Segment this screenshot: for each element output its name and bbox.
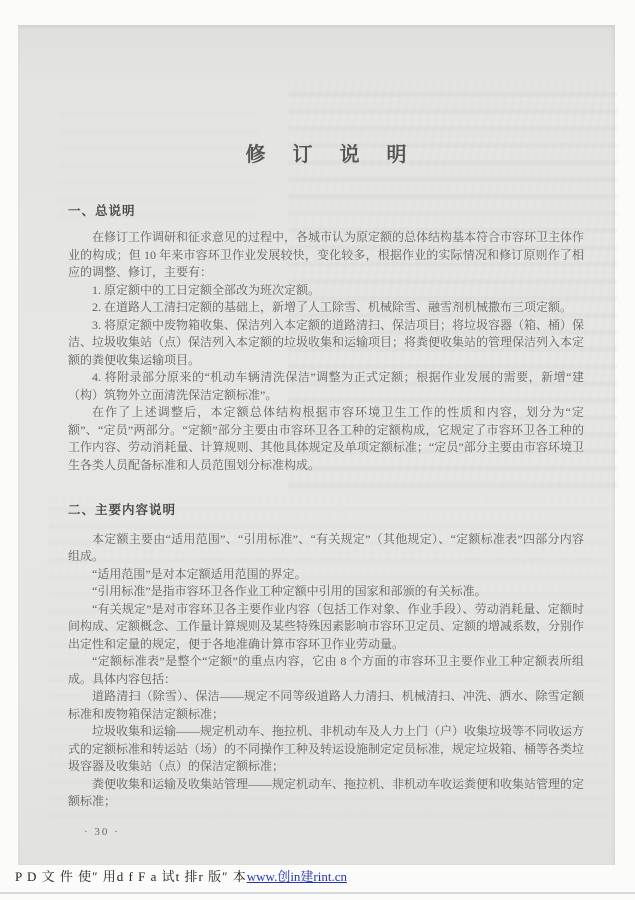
paragraph: 2. 在道路人工清扫定额的基础上，新增了人工除雪、机械除雪、融雪剂机械撒布三项定…	[68, 299, 584, 317]
paragraph: 4. 将附录部分原来的“机动车辆清洗保洁”调整为正式定额；根据作业发展的需要，新…	[68, 369, 584, 404]
paragraph: “引用标准”是指市容环卫各作业工种定额中引用的国家和部颁的有关标准。	[68, 583, 584, 601]
bottom-divider	[0, 892, 635, 894]
watermark-link[interactable]: www.创in建rint.cn	[247, 869, 347, 884]
pdf-watermark: P D 文 件 使″ 用d f F a 试t 排r 版″ 本www.创in建ri…	[15, 869, 633, 885]
paragraph: 粪便收集和运输及收集站管理——规定机动车、拖拉机、非机动车收运粪便和收集站管理的…	[68, 776, 584, 811]
paragraph: 本定额主要由“适用范围”、“引用标准”、“有关规定”（其他规定）、“定额标准表”…	[68, 531, 584, 566]
scanned-page: 修 订 说 明 一、总说明 在修订工作调研和征求意见的过程中，各城市认为原定额的…	[18, 25, 615, 865]
paragraph: 在作了上述调整后，本定额总体结构根据市容环境卫生工作的性质和内容，划分为“定额”…	[68, 404, 584, 474]
paragraph: “适用范围”是对本定额适用范围的界定。	[68, 566, 584, 584]
paragraph: “定额标准表”是整个“定额”的重点内容，它由 8 个方面的市容环卫主要作业工种定…	[68, 653, 584, 688]
paragraph: 道路清扫（除雪）、保洁——规定不同等级道路人力清扫、机械清扫、冲洗、洒水、除雪定…	[68, 688, 584, 723]
section-heading: 二、主要内容说明	[68, 502, 584, 520]
page-title: 修 订 说 明	[68, 147, 584, 165]
section-general-notes: 一、总说明 在修订工作调研和征求意见的过程中，各城市认为原定额的总体结构基本符合…	[68, 203, 584, 475]
paragraph: 垃圾收集和运输——规定机动车、拖拉机、非机动车及人力上门（户）收集垃圾等不同收运…	[68, 723, 584, 776]
paragraph: 在修订工作调研和征求意见的过程中，各城市认为原定额的总体结构基本符合市容环卫主体…	[68, 229, 584, 282]
paragraph: 1. 原定额中的工日定额全部改为班次定额。	[68, 282, 584, 300]
paragraph: 3. 将原定额中废物箱收集、保洁列入本定额的道路清扫、保洁项目；将垃圾容器（箱、…	[68, 317, 584, 370]
page-number: · 30 ·	[84, 826, 120, 838]
paragraph: “有关规定”是对市容环卫各主要作业内容（包括工作对象、作业手段）、劳动消耗量、定…	[68, 601, 584, 654]
watermark-text: P D 文 件 使″ 用d f F a 试t 排r 版″ 本	[15, 869, 247, 884]
section-main-content-notes: 二、主要内容说明 本定额主要由“适用范围”、“引用标准”、“有关规定”（其他规定…	[68, 502, 584, 811]
document-body: 修 订 说 明 一、总说明 在修订工作调研和征求意见的过程中，各城市认为原定额的…	[68, 25, 584, 811]
section-heading: 一、总说明	[68, 203, 584, 221]
